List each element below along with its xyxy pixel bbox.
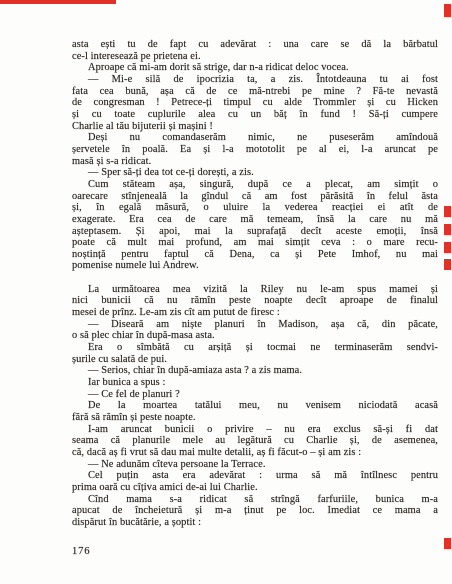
text-line: nici bunicii că nu rămîn peste noapte de… xyxy=(72,295,438,307)
text-line: Charlie al tău bijuterii și mașini ! xyxy=(72,121,438,133)
text-line: — Ce fel de planuri ? xyxy=(72,389,438,401)
red-edge-mark xyxy=(444,538,451,549)
text-line: oarecare stînjeneală la gîndul că am fos… xyxy=(72,191,438,203)
text-line: — Ne adunăm cîteva persoane la Terrace. xyxy=(72,459,438,471)
text-line: Cum stăteam așa, singură, după ce a plec… xyxy=(72,179,438,191)
text-line: noștință pentru faptul că Dena, ca și Pe… xyxy=(72,249,438,261)
text-line: și, în egală măsură, o uluire la vederea… xyxy=(72,202,438,214)
page-number: 176 xyxy=(72,546,90,557)
text-line: șervetele în poală. Ea și l-a mototolit … xyxy=(72,144,438,156)
red-edge-mark xyxy=(444,224,451,235)
text-line: — Diseară am niște planuri în Madison, a… xyxy=(72,319,438,331)
red-edge-mark xyxy=(444,259,451,270)
text-line: o să plec chiar în după-masa asta. xyxy=(72,330,438,342)
text-line: seama că planurile mele au legătură cu C… xyxy=(72,435,438,447)
text-line: dispărut în bucătărie, a șoptit : xyxy=(72,517,438,529)
text-block: asta ești tu de fapt cu adevărat : una c… xyxy=(72,39,438,529)
text-line: Iar bunica a spus : xyxy=(72,377,438,389)
text-line: fata cea bună, așa că de ce mă-ntrebi pe… xyxy=(72,86,438,98)
text-line: — Mi-e silă de ipocrizia ta, a zis. Înto… xyxy=(72,74,438,86)
text-line: că, dacă aș fi vrut să dau mai multe det… xyxy=(72,447,438,459)
text-line: ce-l interesează pe prietena ei. xyxy=(72,51,438,63)
text-line: Aproape că mi-am dorit să strige, dar n-… xyxy=(72,62,438,74)
text-line: Deși nu comandaserăm nimic, ne puseserăm… xyxy=(72,132,438,144)
book-page: asta ești tu de fapt cu adevărat : una c… xyxy=(0,0,452,584)
text-line: I-am aruncat bunicii o privire – nu era … xyxy=(72,424,438,436)
red-edge-mark xyxy=(444,4,451,17)
text-line: Era o sîmbătă cu arșiță și tocmai ne ter… xyxy=(72,342,438,354)
text-line: mesei de prînz. Le-am zis cît am putut d… xyxy=(72,307,438,319)
text-line: asta ești tu de fapt cu adevărat : una c… xyxy=(72,39,438,51)
red-edge-mark xyxy=(444,206,451,217)
text-line: și cu toate cuplurile alea cu un băț în … xyxy=(72,109,438,121)
text-line: așteptasem. Și apoi, mai la suprafață de… xyxy=(72,226,438,238)
text-line: masă și s-a ridicat. xyxy=(72,156,438,168)
text-line: de congresman ! Petrece-ți timpul cu ald… xyxy=(72,97,438,109)
text-line: — Sper să-ți dea tot ce-ți dorești, a zi… xyxy=(72,167,438,179)
text-line: apucat de încheietură și m-a ținut pe lo… xyxy=(72,505,438,517)
text-line: — Serios, chiar în după-amiaza asta ? a … xyxy=(72,365,438,377)
red-edge-mark-top xyxy=(0,0,116,4)
text-line: Cel puțin asta era adevărat : urma să mă… xyxy=(72,470,438,482)
text-line: pomenise numele lui Andrew. xyxy=(72,260,438,272)
red-edge-mark xyxy=(444,242,451,253)
text-line: poate că mult mai profund, am mai simțit… xyxy=(72,237,438,249)
text-line: De la moartea tatălui meu, nu venisem ni… xyxy=(72,400,438,412)
text-line: La următoarea mea vizită la Riley nu le-… xyxy=(72,284,438,296)
text-line: fără să rămîn și peste noapte. xyxy=(72,412,438,424)
text-line: prima oară cu cîțiva amici de-ai lui Cha… xyxy=(72,482,438,494)
text-line: șurile cu salată de pui. xyxy=(72,354,438,366)
text-line: exagerate. Era cea de care mă temeam, în… xyxy=(72,214,438,226)
text-line: Cînd mama s-a ridicat să strîngă farfuri… xyxy=(72,494,438,506)
